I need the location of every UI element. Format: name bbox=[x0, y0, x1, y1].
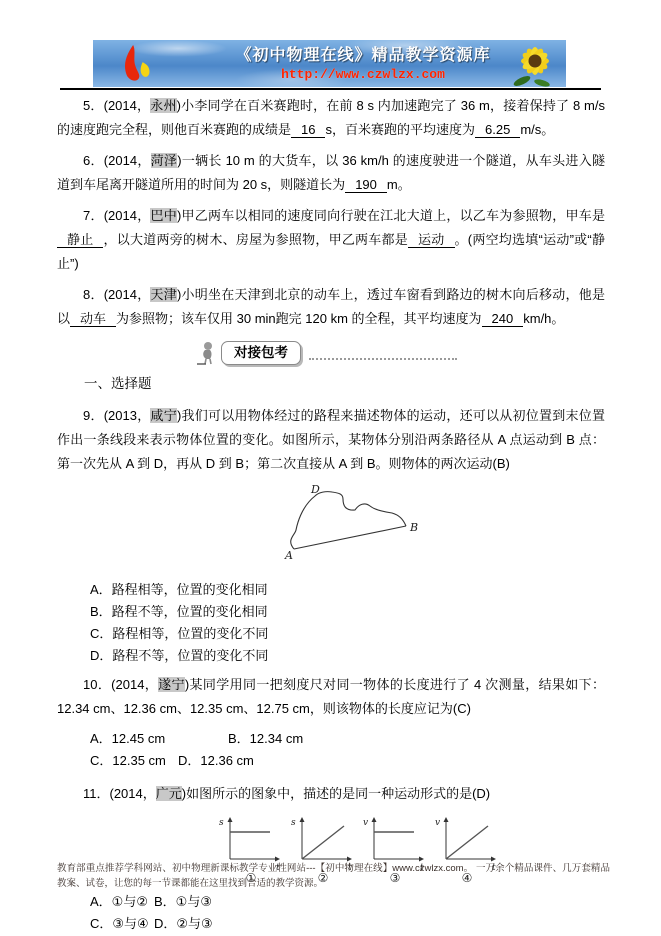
y-axis-label: s bbox=[291, 818, 296, 828]
option-b: B．①与③ bbox=[154, 891, 212, 913]
blank-answer: 6.25 bbox=[475, 122, 520, 138]
section-heading: 一、选择题 bbox=[57, 372, 605, 396]
exam-link-banner: 对接包考 bbox=[197, 338, 605, 368]
question-text: 11．(2014， bbox=[83, 786, 156, 801]
question-text: 8．(2014， bbox=[83, 287, 150, 302]
footer-note: 教育部重点推荐学科网站、初中物理新课标教学专业性网站---【初中物理在线】www… bbox=[57, 861, 610, 891]
option-a: A．12.45 cm bbox=[90, 728, 228, 750]
option-a: A．①与② bbox=[90, 891, 154, 913]
city-highlight: 遂宁 bbox=[158, 677, 185, 692]
option-c: C．12.35 cm bbox=[90, 750, 178, 772]
banner-url-link[interactable]: http://www.czwlzx.com bbox=[213, 67, 513, 82]
question-text: 10．(2014， bbox=[83, 677, 158, 692]
point-a-label: A bbox=[284, 549, 293, 562]
question-text: 6．(2014， bbox=[83, 153, 151, 168]
blank-answer: 运动 bbox=[408, 232, 454, 248]
dotted-line bbox=[309, 356, 457, 360]
city-highlight: 永州 bbox=[150, 98, 176, 113]
question-text: 9．(2013， bbox=[83, 408, 150, 423]
option-row: A．①与②B．①与③ bbox=[90, 891, 605, 913]
y-axis-label: v bbox=[363, 818, 368, 828]
option-b: B．路程不等，位置的变化相同 bbox=[90, 601, 605, 623]
question-text: km/h。 bbox=[523, 311, 564, 326]
question-text: )如图所示的图象中，描述的是同一种运动形式的是(D) bbox=[182, 786, 490, 801]
option-c: C．③与④ bbox=[90, 913, 154, 935]
option-d: D．12.36 cm bbox=[178, 750, 254, 772]
option-row: A．12.45 cmB．12.34 cm bbox=[90, 728, 605, 750]
worksheet-page: 《初中物理在线》精品教学资源库 http://www.czwlzx.com 5．… bbox=[0, 0, 661, 936]
question-text: 5．(2014， bbox=[83, 98, 150, 113]
question-7: 7．(2014，巴中)甲乙两车以相同的速度同向行驶在江北大道上，以乙车为参照物，… bbox=[57, 204, 605, 276]
question-10: 10．(2014，遂宁)某同学用同一把刻度尺对同一物体的长度进行了 4 次测量，… bbox=[57, 673, 605, 721]
question-6: 6．(2014，菏泽)一辆长 10 m 的大货车，以 36 km/h 的速度驶进… bbox=[57, 149, 605, 197]
option-row: C．12.35 cmD．12.36 cm bbox=[90, 750, 605, 772]
option-d: D．路程不等，位置的变化不同 bbox=[90, 645, 605, 667]
option-a: A．路程相等，位置的变化相同 bbox=[90, 579, 605, 601]
banner-text: 《初中物理在线》精品教学资源库 http://www.czwlzx.com bbox=[213, 42, 513, 82]
question-9: 9．(2013，咸宁)我们可以用物体经过的路程来描述物体的运动，还可以从初位置到… bbox=[57, 404, 605, 476]
blank-answer: 静止 bbox=[57, 232, 103, 248]
option-row: C．③与④D．②与③ bbox=[90, 913, 605, 935]
question-11: 11．(2014，广元)如图所示的图象中，描述的是同一种运动形式的是(D) bbox=[57, 782, 605, 806]
city-highlight: 菏泽 bbox=[151, 153, 178, 168]
site-logo-icon bbox=[117, 43, 155, 85]
path-diagram: A D B bbox=[279, 485, 431, 565]
question-text: ，以大道两旁的树木、房屋为参照物，甲乙两车都是 bbox=[103, 232, 408, 247]
badge-label: 对接包考 bbox=[221, 341, 301, 365]
question-text: s，百米赛跑的平均速度为 bbox=[325, 122, 475, 137]
option-d: D．②与③ bbox=[154, 913, 213, 935]
banner-title: 《初中物理在线》精品教学资源库 bbox=[213, 42, 513, 65]
city-highlight: 天津 bbox=[150, 287, 176, 302]
question-text: 为参照物；该车仅用 30 min跑完 120 km 的全程，其平均速度为 bbox=[116, 311, 482, 326]
mascot-icon bbox=[197, 341, 217, 365]
blank-answer: 16 bbox=[291, 122, 325, 138]
question-5: 5．(2014，永州)小李同学在百米赛跑时，在前 8 s 内加速跑完了 36 m… bbox=[57, 94, 605, 142]
sunflower-image bbox=[508, 41, 560, 87]
point-d-label: D bbox=[310, 485, 320, 496]
divider-line bbox=[60, 88, 601, 90]
y-axis-label: v bbox=[435, 818, 440, 828]
worksheet-content: 5．(2014，永州)小李同学在百米赛跑时，在前 8 s 内加速跑完了 36 m… bbox=[57, 94, 605, 935]
option-b: B．12.34 cm bbox=[228, 728, 303, 750]
question-text: m/s。 bbox=[520, 122, 554, 137]
question-text: )甲乙两车以相同的速度同向行驶在江北大道上，以乙车为参照物，甲车是 bbox=[177, 208, 605, 223]
question-8: 8．(2014，天津)小明坐在天津到北京的动车上，透过车窗看到路边的树木向后移动… bbox=[57, 283, 605, 331]
city-highlight: 广元 bbox=[156, 786, 182, 801]
option-c: C．路程相等，位置的变化不同 bbox=[90, 623, 605, 645]
city-highlight: 咸宁 bbox=[150, 408, 176, 423]
question-text: m。 bbox=[387, 177, 411, 192]
question-text: 7．(2014， bbox=[83, 208, 150, 223]
point-b-label: B bbox=[409, 521, 418, 534]
blank-answer: 190 bbox=[345, 177, 387, 193]
blank-answer: 240 bbox=[482, 311, 524, 327]
city-highlight: 巴中 bbox=[150, 208, 176, 223]
site-banner: 《初中物理在线》精品教学资源库 http://www.czwlzx.com bbox=[93, 40, 566, 87]
y-axis-label: s bbox=[219, 818, 224, 828]
blank-answer: 动车 bbox=[70, 311, 116, 327]
